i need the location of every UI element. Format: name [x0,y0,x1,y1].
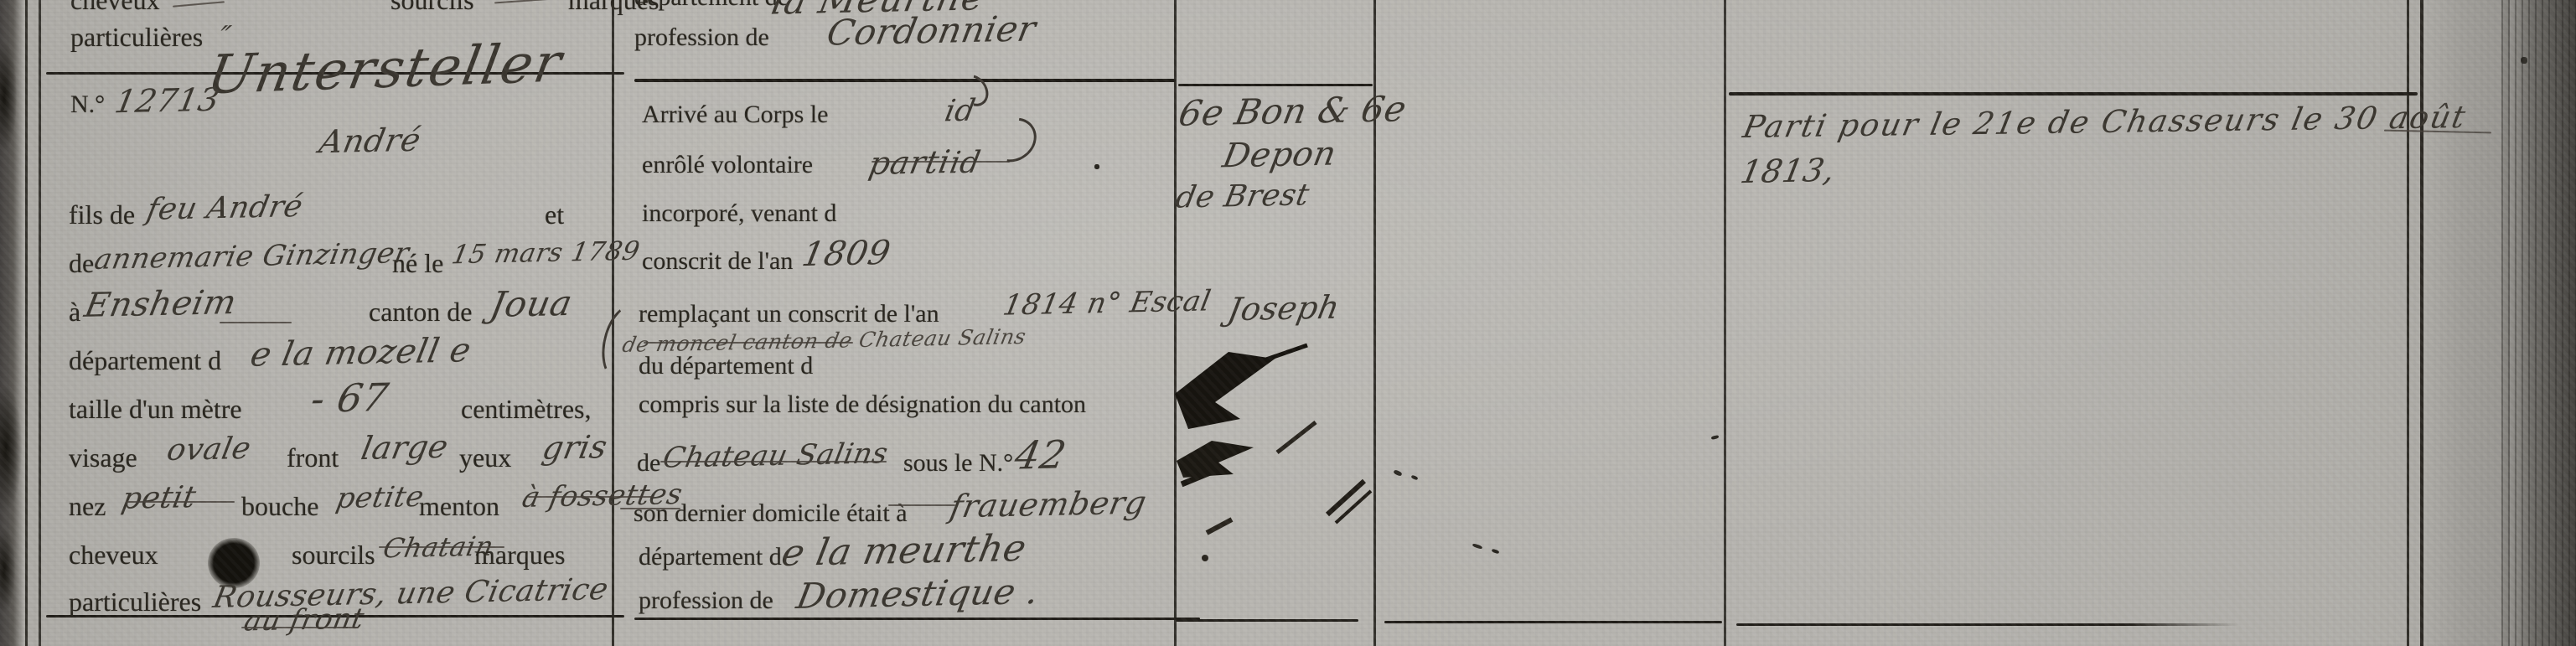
record-given-name: André [317,121,424,160]
canton-value: Joua [487,282,576,325]
row-bottom-service [634,618,1200,620]
eyebrows-label: sourcils [292,540,375,571]
at-label: à [69,297,80,328]
birth-place: Ensheim [81,283,240,325]
canton-label: canton de [369,297,473,328]
handwriting-flourish [528,496,654,498]
illegible-handwriting-mark [494,0,553,3]
face-label: visage [69,442,137,473]
and-label: et [545,199,564,230]
ink-speck [1411,474,1419,480]
service-department: e la meurthe [778,527,1031,575]
prev-profession-label: profession de [634,23,769,52]
department-label: département d [69,345,221,376]
observation-line1: Parti pour le 21e de Chasseurs le 30 aoû… [1740,99,2470,145]
register-sheet: cheveux sourcils marques particulières ″… [0,0,2576,646]
replacing-value: 1814 n° Escal [1001,284,1214,322]
unit-line3: de Brest [1173,178,1312,214]
of-label: de [69,248,94,279]
hair-label: cheveux [69,540,158,571]
nose-label: nez [69,491,106,522]
service-department-label: département d [639,543,782,571]
son-of-label: fils de [69,199,135,230]
under-number-label: sous le N.° [903,449,1013,478]
department-value: e la mozell e [247,331,474,374]
marks-label: marques [474,540,565,571]
eyes-value: gris [540,428,611,467]
right-margin-rule-outer [2420,0,2423,646]
last-domicile: frauemberg [947,484,1150,525]
designation-canton: Chateau Salins [660,437,891,475]
conscript-year: 1809 [799,234,893,274]
handwriting-flourish [644,342,853,344]
handwriting-flourish [126,501,235,503]
designation-of-label: de [637,449,660,478]
handwriting-flourish [872,161,1010,163]
eyes-label: yeux [459,442,511,473]
ink-speck [1472,543,1483,550]
height-value: - 67 [308,375,392,421]
ink-speck [1393,469,1402,477]
col-divider-empty-observations [1724,0,1726,646]
mother-name: annemarie Ginzinger [91,236,411,276]
incorporated-label: incorporé, venant d [642,199,836,228]
father-name: feu André [144,189,306,227]
particular-label: particulières [69,587,201,618]
prev-eyebrows-label: sourcils [391,0,474,16]
prev-department-label: département de [634,0,789,12]
enlisted-value: id [947,146,984,181]
enlisted-label: enrôlé volontaire [642,151,813,179]
page-gutter-shadow [2426,0,2510,646]
prev-profession-value: Cordonnier [824,8,1040,53]
handwriting-flourish [220,322,292,323]
forehead-label: front [287,442,339,473]
ink-blot-cluster [1163,342,1381,576]
handwriting-flourish [888,504,955,506]
nose-value: petit [119,480,199,516]
prev-hair-label: cheveux [70,0,160,16]
arrived-label: Arrivé au Corps le [642,101,828,129]
enlisted-note: parti [866,143,954,182]
born-label: né le [392,248,443,279]
left-margin-rule-inner [39,0,41,646]
left-margin-rule-outer [25,0,28,646]
last-domicile-label: son dernier domicile était à [634,499,908,528]
replacing-value-cont: Joseph [1225,289,1343,328]
conscript-label: conscrit de l'an [642,247,793,276]
illegible-handwriting-mark [173,1,225,7]
handwriting-flourish [660,461,887,463]
page-gutter [2501,0,2576,646]
of-department-label: du département d [639,352,813,380]
row-separator-service [634,79,1176,82]
service-profession-label: profession de [639,587,773,615]
row-bottom-observations [1736,623,2239,626]
handwriting-flourish [241,627,359,628]
record-surname: Untersteller [203,33,567,107]
replacing-label: remplaçant un conscrit de l'an [639,300,939,328]
mouth-value: petite [334,480,427,515]
birth-date: 15 mars 1789 [449,236,642,271]
row-bottom-unit [1176,619,1358,622]
row-bottom-empty-col [1384,621,1722,623]
ink-speck [1094,164,1099,169]
row-separator-unit [1178,84,1373,86]
service-profession: Domestique . [794,571,1043,617]
particular-marks-cont: au front [241,602,367,638]
designation-number: 42 [1011,432,1070,478]
chin-label: menton [419,491,499,522]
ink-speck [1492,549,1500,555]
forehead-value: large [359,428,452,467]
designation-list-label: compris sur la liste de désignation du c… [639,390,1086,419]
height-label: taille d'un mètre [69,394,242,425]
prev-particular-label: particulières [70,22,203,53]
height-unit-label: centimètres, [461,394,591,425]
ink-speck [1711,435,1720,440]
unit-line2: Depon [1219,135,1339,176]
face-value: ovale [164,432,254,468]
observation-line2: 1813, [1738,152,1839,190]
row-separator-observations [1729,92,2418,96]
unit-line1: 6e Bon & 6e [1176,88,1410,134]
record-number-label: N.° [70,90,105,119]
right-margin-rule-inner [2407,0,2409,646]
mouth-label: bouche [241,491,318,522]
